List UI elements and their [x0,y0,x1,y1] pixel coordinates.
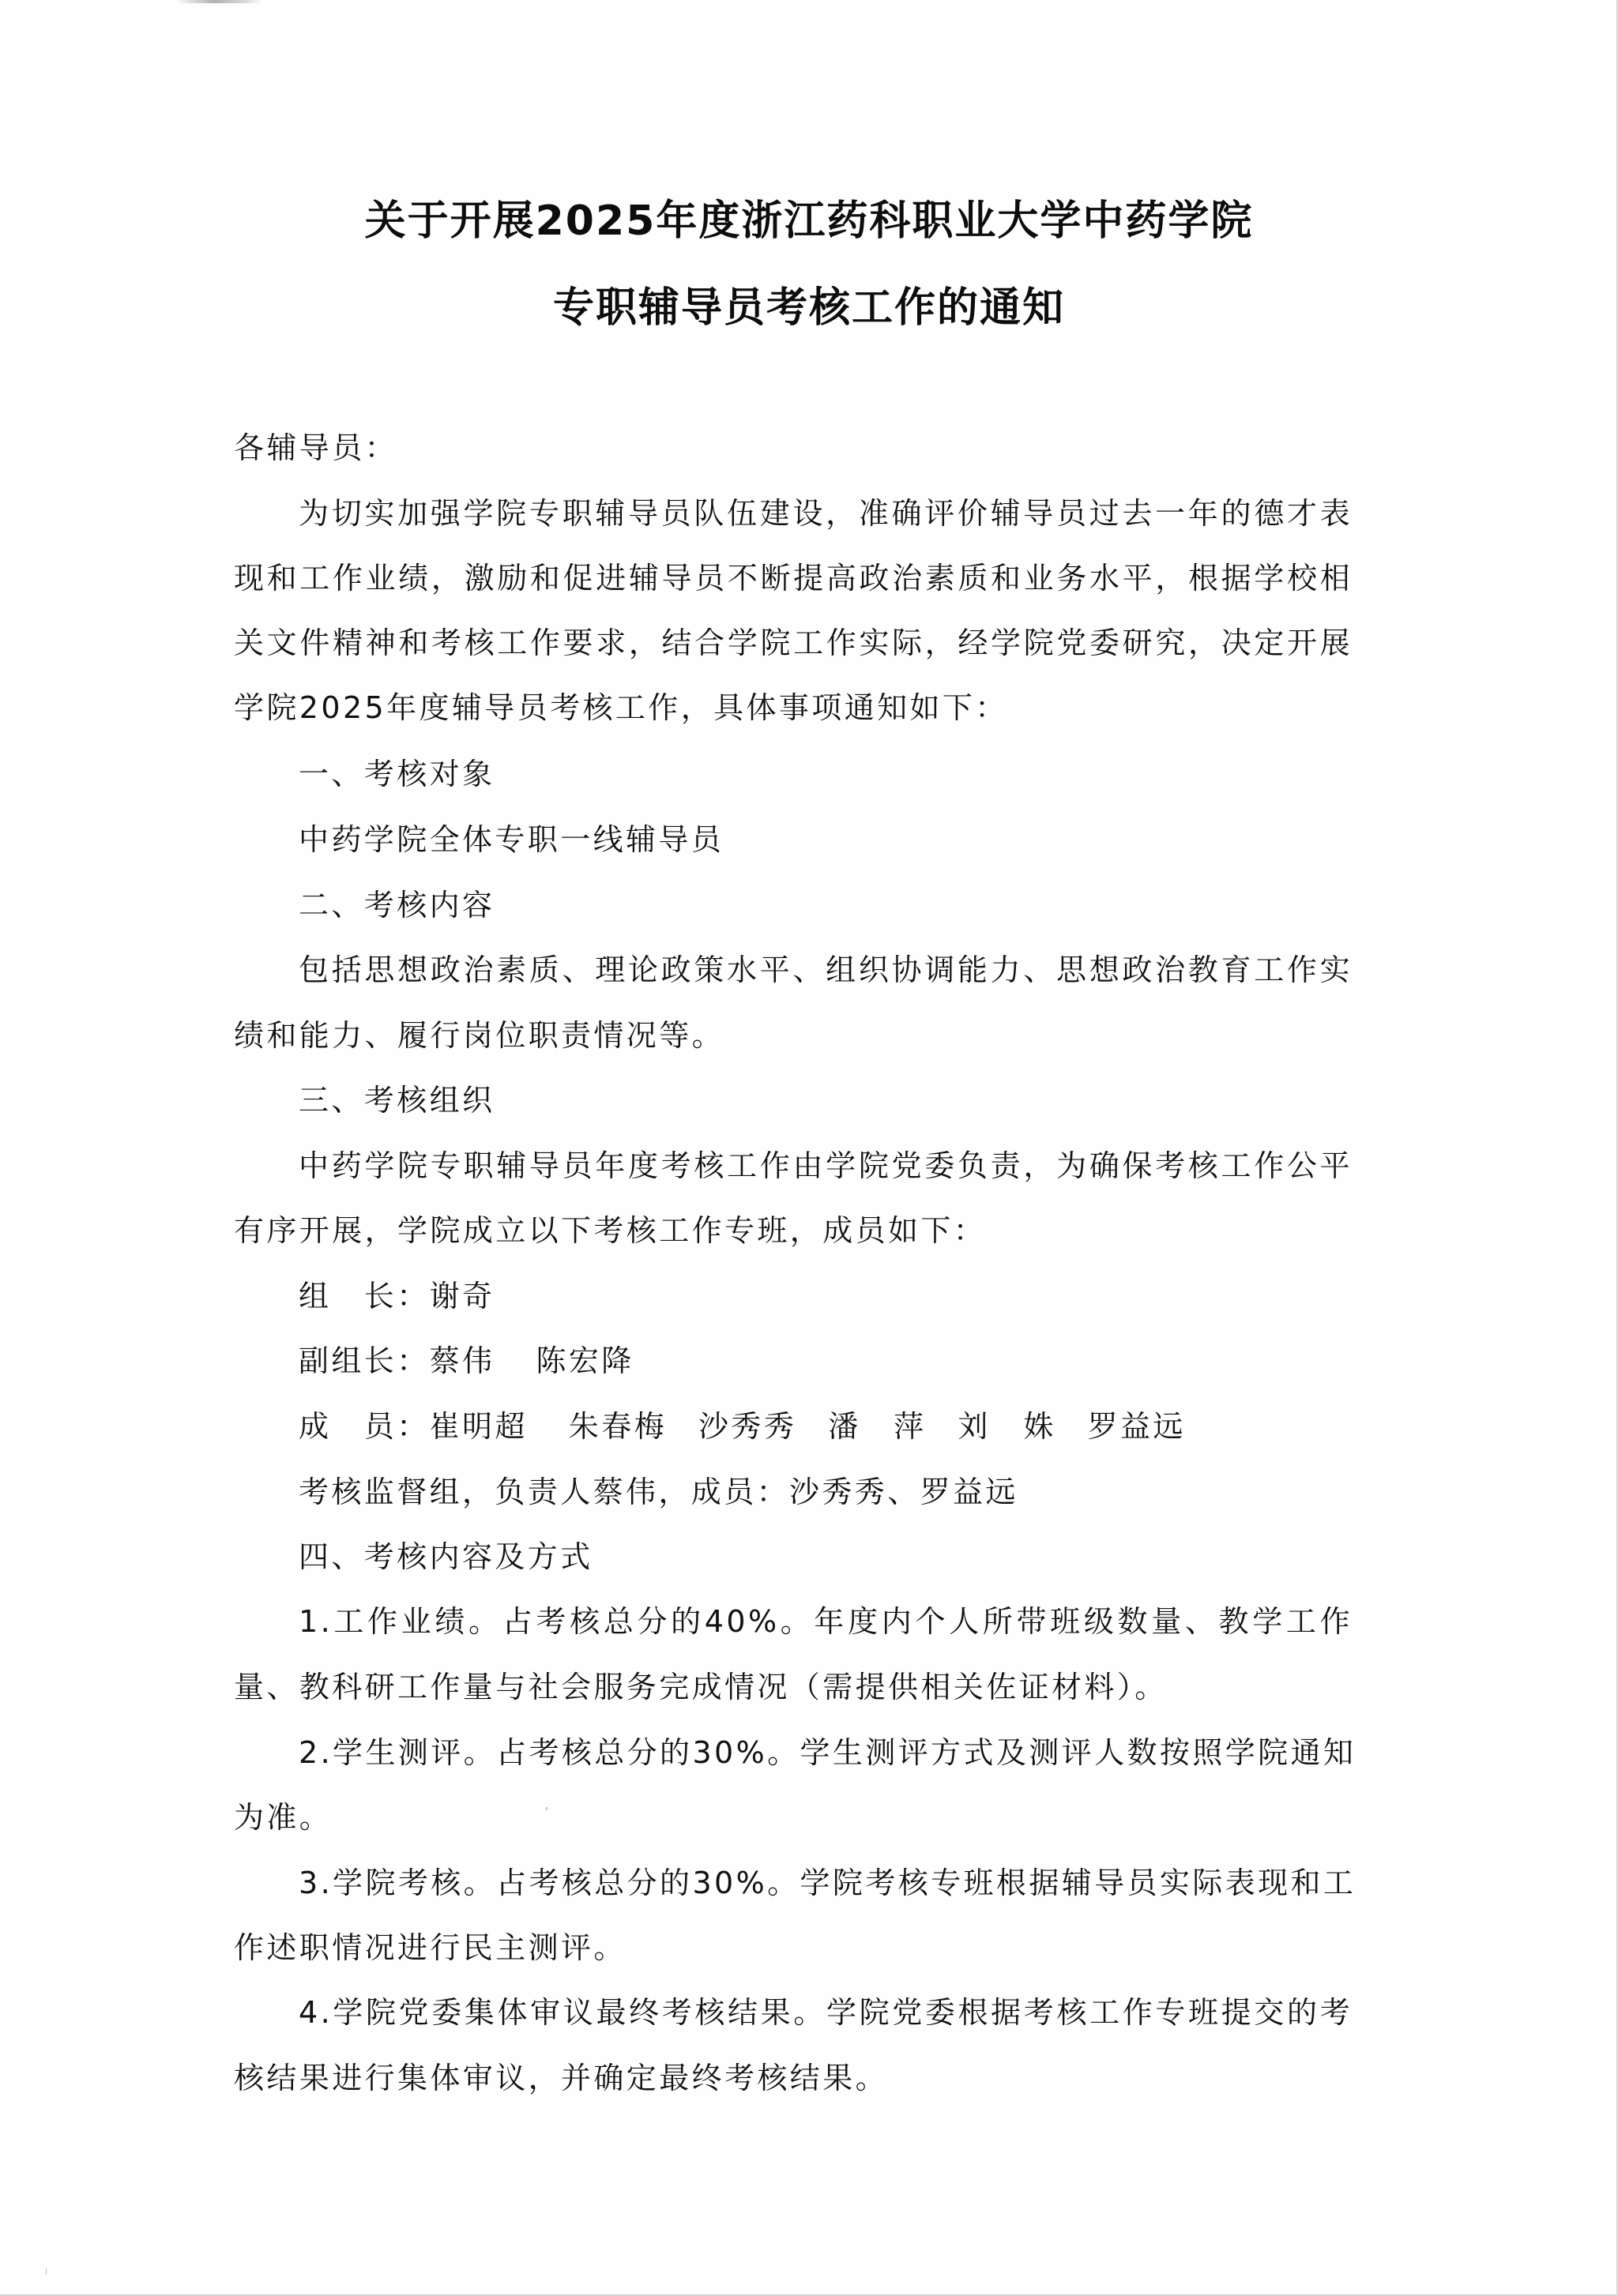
section-body-assessment-content-line-2: 绩和能力、履行岗位职责情况等。 [234,1018,724,1053]
section-body-organization-line-2: 有序开展，学院成立以下考核工作专班，成员如下： [234,1213,986,1248]
section-body-assessment-target: 中药学院全体专职一线辅导员 [299,822,724,857]
team-leader-name: 谢奇 [430,1279,495,1313]
document-title-line-1: 关于开展2025年度浙江药科职业大学中药学院 [0,197,1618,245]
intro-line-4: 学院2025年度辅导员考核工作，具体事项通知如下： [234,690,1008,725]
item-student-evaluation-line-2: 为准。 [234,1800,332,1835]
section-heading-assessment-target: 一、考核对象 [299,757,495,791]
scan-speck [546,1807,547,1810]
item-work-performance-line-2: 量、教科研工作量与社会服务完成情况（需提供相关佐证材料）。 [234,1670,1168,1704]
section-heading-assessment-method: 四、考核内容及方式 [299,1539,593,1574]
team-leader-row: 组 长：谢奇 [299,1279,495,1313]
section-body-organization-line-1: 中药学院专职辅导员年度考核工作由学院党委负责，为确保考核工作公平 [299,1148,1353,1183]
item-student-evaluation-line-1: 2.学生测评。占考核总分的30%。学生测评方式及测评人数按照学院通知 [299,1735,1353,1770]
section-heading-assessment-organization: 三、考核组织 [299,1083,495,1118]
scan-speck [46,2268,47,2275]
salutation: 各辅导员： [234,430,397,465]
team-leader-label: 组 长： [299,1279,430,1313]
team-member-name: 罗益远 [1088,1409,1186,1444]
team-member-name: 崔明超 [430,1409,528,1444]
team-deputy-name: 蔡伟 [430,1343,495,1378]
team-member-name: 潘 萍 [828,1409,926,1444]
supervision-group: 考核监督组，负责人蔡伟，成员：沙秀秀、罗益远 [299,1475,1018,1509]
team-members-label: 成 员： [299,1409,430,1444]
team-deputy-name: 陈宏降 [536,1343,634,1378]
item-party-committee-review-line-1: 4.学院党委集体审议最终考核结果。学院党委根据考核工作专班提交的考 [299,1995,1353,2030]
team-member-name: 朱春梅 [569,1409,667,1444]
intro-line-3: 关文件精神和考核工作要求，结合学院工作实际，经学院党委研究，决定开展 [234,626,1353,660]
team-member-name: 沙秀秀 [698,1409,796,1444]
section-body-assessment-content-line-1: 包括思想政治素质、理论政策水平、组织协调能力、思想政治教育工作实 [299,953,1353,987]
team-members-row: 成 员：崔明超朱春梅沙秀秀潘 萍刘 姝罗益远 [299,1409,1186,1444]
item-college-assessment-line-1: 3.学院考核。占考核总分的30%。学院考核专班根据辅导员实际表现和工 [299,1866,1353,1900]
section-heading-assessment-content: 二、考核内容 [299,888,495,923]
document-title-line-2: 专职辅导员考核工作的通知 [0,284,1618,332]
item-college-assessment-line-2: 作述职情况进行民主测评。 [234,1930,627,1965]
item-work-performance-line-1: 1.工作业绩。占考核总分的40%。年度内个人所带班级数量、教学工作 [299,1604,1353,1639]
scanned-page: 关于开展2025年度浙江药科职业大学中药学院 专职辅导员考核工作的通知 各辅导员… [0,0,1618,2296]
item-party-committee-review-line-2: 核结果进行集体审议，并确定最终考核结果。 [234,2061,888,2095]
team-member-name: 刘 姝 [958,1409,1055,1444]
intro-line-2: 现和工作业绩，激励和促进辅导员不断提高政治素质和业务水平，根据学校相 [234,561,1353,596]
team-deputy-label: 副组长： [299,1343,430,1378]
team-deputy-row: 副组长：蔡伟陈宏降 [299,1343,634,1378]
intro-line-1: 为切实加强学院专职辅导员队伍建设，准确评价辅导员过去一年的德才表 [299,496,1353,531]
scan-smudge [175,0,262,3]
